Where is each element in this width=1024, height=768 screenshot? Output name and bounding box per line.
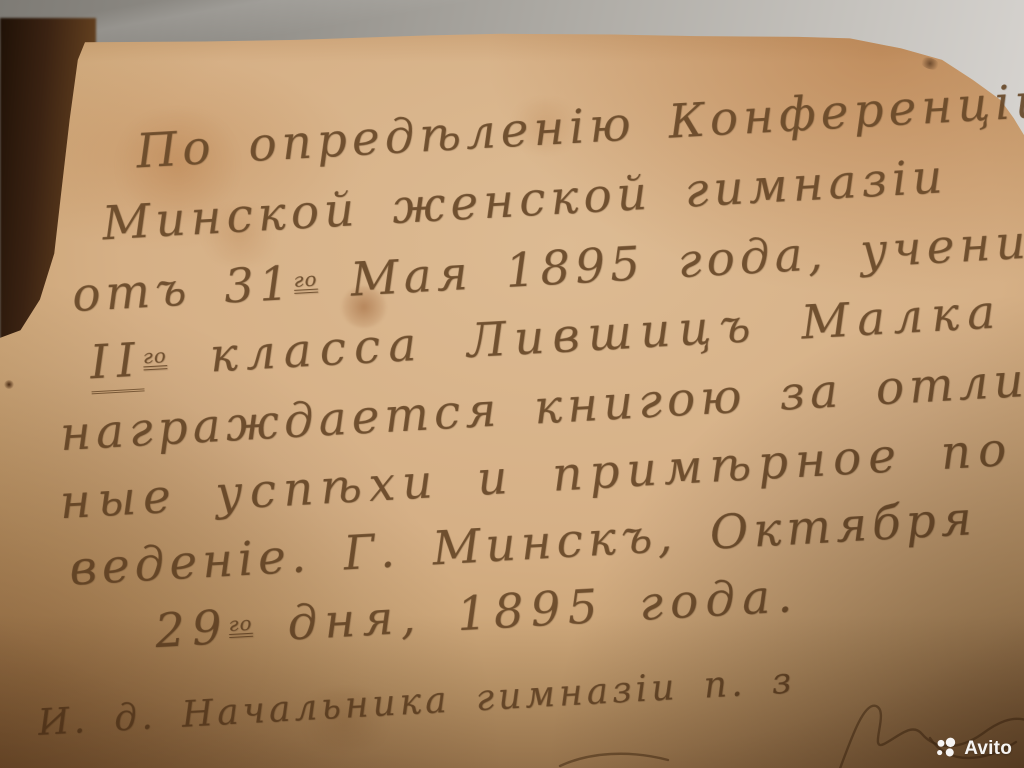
avito-logo-icon xyxy=(934,737,957,760)
avito-watermark: Avito xyxy=(934,737,1012,760)
line-text: 29 xyxy=(154,600,231,659)
photo-frame: По опредѣленію Конференціи Минской женск… xyxy=(0,0,1024,768)
manuscript-text: По опредѣленію Конференціи Минской женск… xyxy=(0,0,1024,768)
ordinal-superscript: го xyxy=(293,267,318,291)
ordinal-superscript: го xyxy=(142,344,167,368)
line-text: отъ 31 xyxy=(71,256,296,323)
avito-watermark-label: Avito xyxy=(964,738,1012,760)
line-text: И. д. Начальника гимназіи п. з xyxy=(37,661,797,744)
line-text: II xyxy=(88,332,144,394)
ordinal-superscript: го xyxy=(228,612,253,636)
manuscript-line: И. д. Начальника гимназіи п. з xyxy=(37,661,797,744)
